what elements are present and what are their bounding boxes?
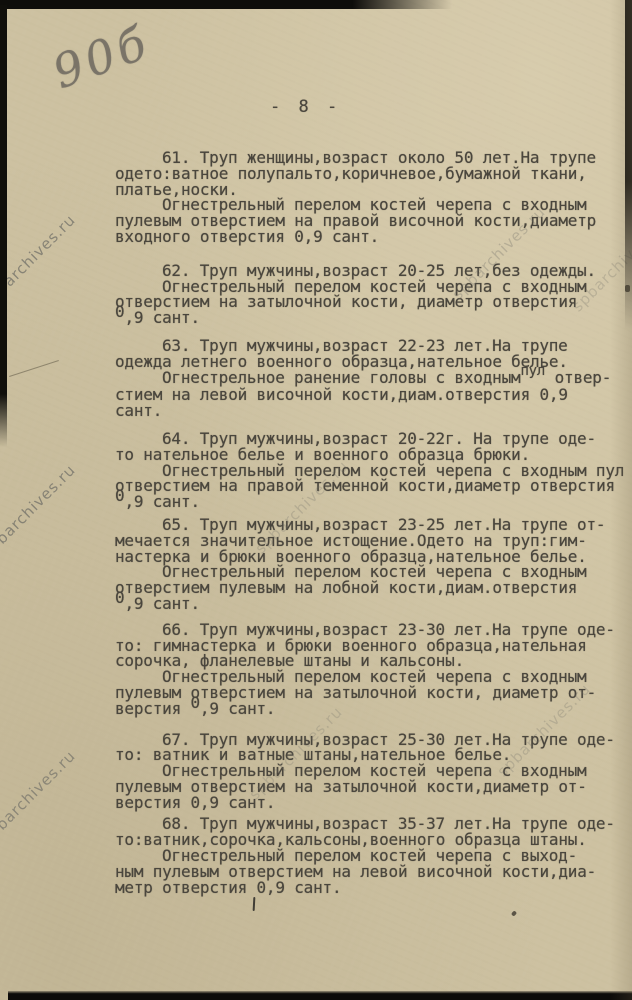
- entry-63: 63. Труп мужчины,возраст 22-23 лет.На тр…: [115, 338, 632, 419]
- inserted-text: пул: [520, 363, 545, 379]
- entry-66: 66. Труп мужчины,возраст 23-30 лет.На тр…: [115, 622, 632, 717]
- scan-edge-shadow: [610, 0, 632, 1000]
- inserted-text: 0: [190, 693, 199, 712]
- entry-64: 64. Труп мужчины,возраст 20-22г. На труп…: [115, 431, 632, 510]
- scan-edge-left: [0, 5, 7, 447]
- line-text: сант.: [115, 401, 162, 420]
- scan-edge-bottom: [8, 991, 632, 1000]
- document-line: стием на левой височной кости,диам.отвер…: [115, 387, 632, 403]
- document-line: сант.: [115, 403, 632, 419]
- inserted-text: 0: [115, 486, 124, 505]
- archive-watermark: spbarchives.ru: [0, 747, 79, 848]
- stray-ink-mark: [253, 897, 256, 911]
- entry-67: 67. Труп мужчины,возраст 25-30 лет.На тр…: [115, 732, 632, 811]
- archive-watermark: spbarchives.ru: [0, 211, 79, 312]
- document-line: метр отверстия 0,9 сант.: [115, 880, 632, 896]
- document-line: 0,9 сант.: [115, 494, 632, 510]
- document-line: верстия 0,9 сант.: [115, 795, 632, 811]
- document-line: входного отверстия 0,9 сант.: [115, 229, 632, 245]
- document-line: верстия 0,9 сант.: [115, 701, 632, 717]
- document-page: 90б - 8 - 61. Труп женщины,возраст около…: [0, 0, 632, 1000]
- line-text: Огнестрельное ранение головы с входным: [162, 368, 520, 387]
- paper-scratch: [9, 360, 59, 377]
- paper-speck: [511, 910, 517, 916]
- line-text: метр отверстия 0,9 сант.: [115, 878, 341, 897]
- line-text: верстия: [115, 699, 190, 718]
- handwritten-mark: 90б: [46, 15, 157, 99]
- archive-watermark: spbarchives.ru: [0, 461, 79, 562]
- scan-edge-top: [0, 0, 452, 9]
- document-line: 0,9 сант.: [115, 310, 632, 326]
- document-line: 0,9 сант.: [115, 596, 632, 612]
- document-body: 61. Труп женщины,возраст около 50 лет.На…: [115, 150, 632, 907]
- entry-61: 61. Труп женщины,возраст около 50 лет.На…: [115, 150, 632, 245]
- line-text: ,9 сант.: [124, 594, 199, 613]
- inserted-text: 0: [115, 588, 124, 607]
- entry-65: 65. Труп мужчины,возраст 23-25 лет.На тр…: [115, 517, 632, 612]
- entry-62: 62. Труп мужчины,возраст 20-25 лет,без о…: [115, 263, 632, 326]
- line-text: стием на левой височной кости,диам.отвер…: [115, 385, 568, 404]
- line-text: ,9 сант.: [124, 308, 199, 327]
- inserted-text: 0: [115, 302, 124, 321]
- line-text: входного отверстия 0,9 сант.: [115, 227, 379, 246]
- line-text: ,9 сант.: [200, 699, 275, 718]
- entry-68: 68. Труп мужчины,возраст 35-37 лет.На тр…: [115, 816, 632, 895]
- page-number: - 8 -: [270, 97, 341, 117]
- line-text: отвер-: [545, 368, 611, 387]
- line-text: ,9 сант.: [124, 492, 199, 511]
- line-text: верстия 0,9 сант.: [115, 793, 275, 812]
